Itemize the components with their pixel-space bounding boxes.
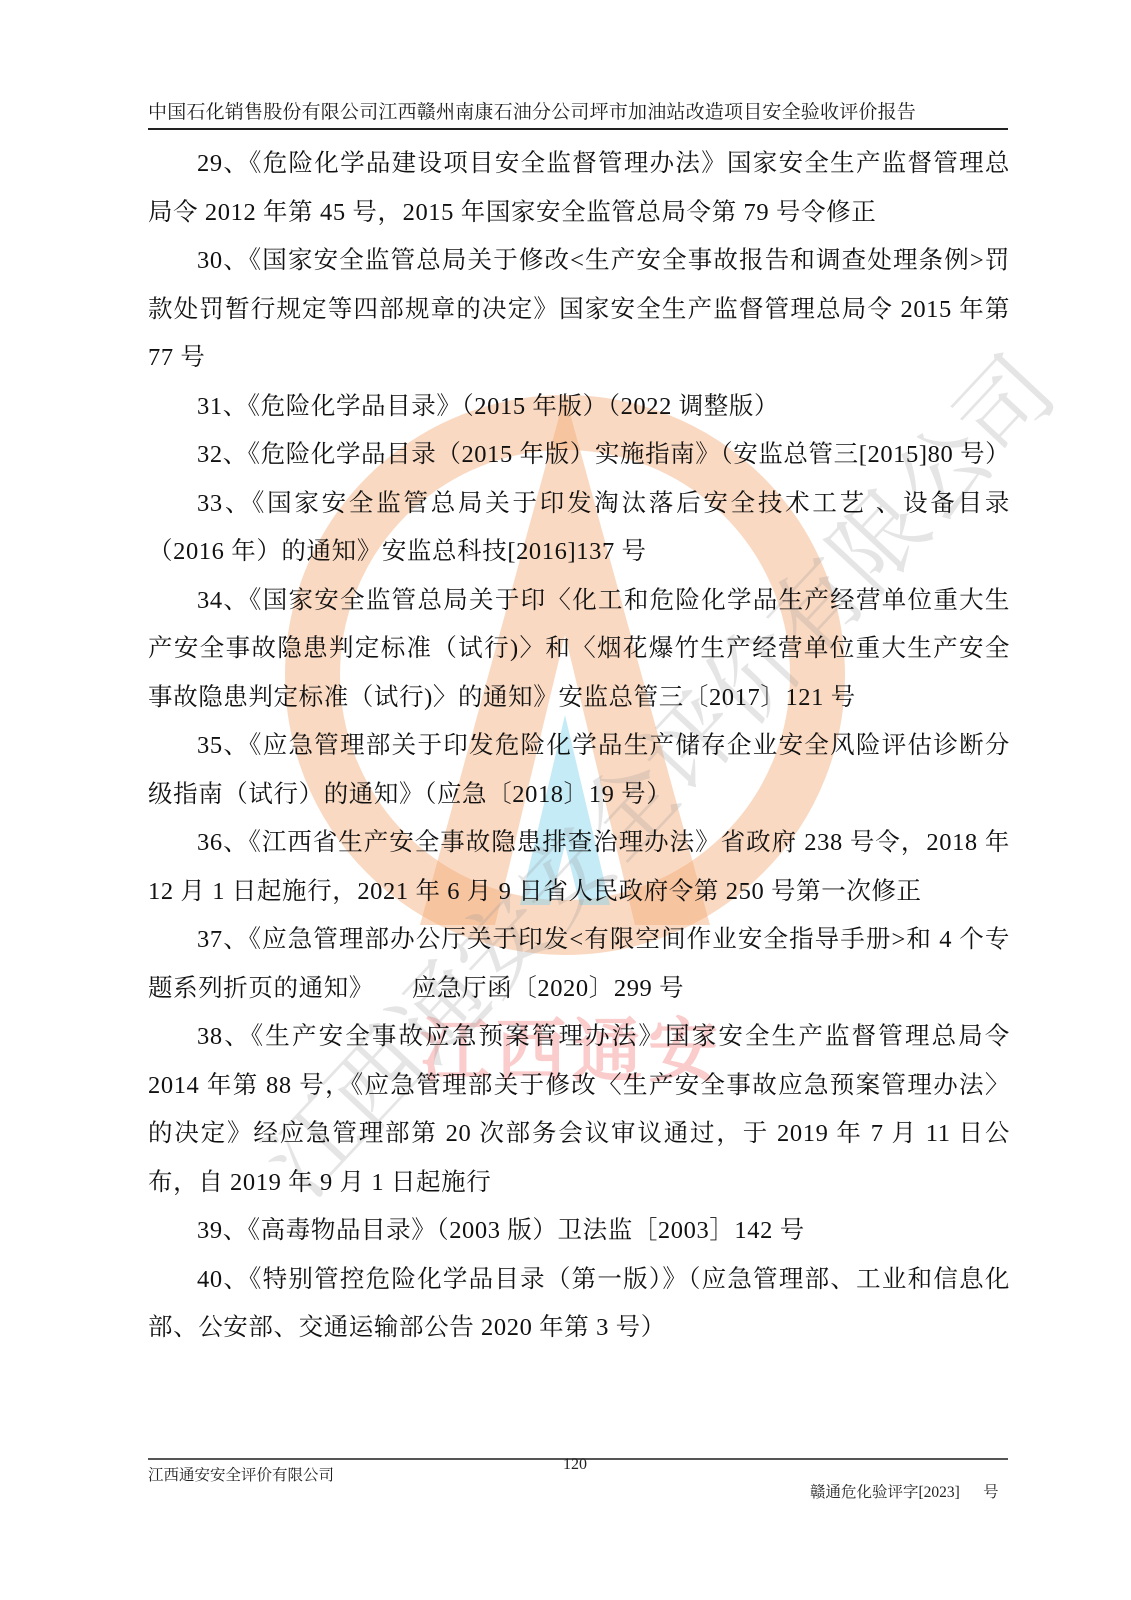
list-item: 39、《高毒物品目录》（2003 版）卫法监［2003］142 号 <box>148 1207 1010 1256</box>
list-item: 33、《国家安全监管总局关于印发淘汰落后安全技术工艺 、设备目录（2016 年）… <box>148 480 1010 577</box>
list-item: 40、《特别管控危险化学品目录（第一版）》（应急管理部、工业和信息化部、公安部、… <box>148 1256 1010 1353</box>
list-item: 35、《应急管理部关于印发危险化学品生产储存企业安全风险评估诊断分级指南（试行）… <box>148 722 1010 819</box>
header-rule <box>148 128 1008 130</box>
document-number: 赣通危化验评字[2023] 号 <box>810 1480 999 1502</box>
page-header-title: 中国石化销售股份有限公司江西赣州南康石油分公司坪市加油站改造项目安全验收评价报告 <box>148 97 1008 124</box>
list-item: 29、《危险化学品建设项目安全监督管理办法》国家安全生产监督管理总局令 2012… <box>148 140 1010 237</box>
list-item: 38、《生产安全事故应急预案管理办法》国家安全生产监督管理总局令 2014 年第… <box>148 1013 1010 1207</box>
page-number: 120 <box>563 1456 587 1474</box>
list-item: 36、《江西省生产安全事故隐患排查治理办法》省政府 238 号令，2018 年 … <box>148 819 1010 916</box>
regulation-list: 29、《危险化学品建设项目安全监督管理办法》国家安全生产监督管理总局令 2012… <box>148 140 1010 1353</box>
footer-company: 江西通安安全评价有限公司 <box>148 1463 334 1485</box>
list-item: 31、《危险化学品目录》（2015 年版）（2022 调整版） <box>148 383 1010 432</box>
list-item: 32、《危险化学品目录（2015 年版）实施指南》（安监总管三[2015]80 … <box>148 431 1010 480</box>
list-item: 37、《应急管理部办公厅关于印发<有限空间作业安全指导手册>和 4 个专题系列折… <box>148 916 1010 1013</box>
list-item: 34、《国家安全监管总局关于印〈化工和危险化学品生产经营单位重大生产安全事故隐患… <box>148 577 1010 723</box>
list-item: 30、《国家安全监管总局关于修改<生产安全事故报告和调查处理条例>罚款处罚暂行规… <box>148 237 1010 383</box>
